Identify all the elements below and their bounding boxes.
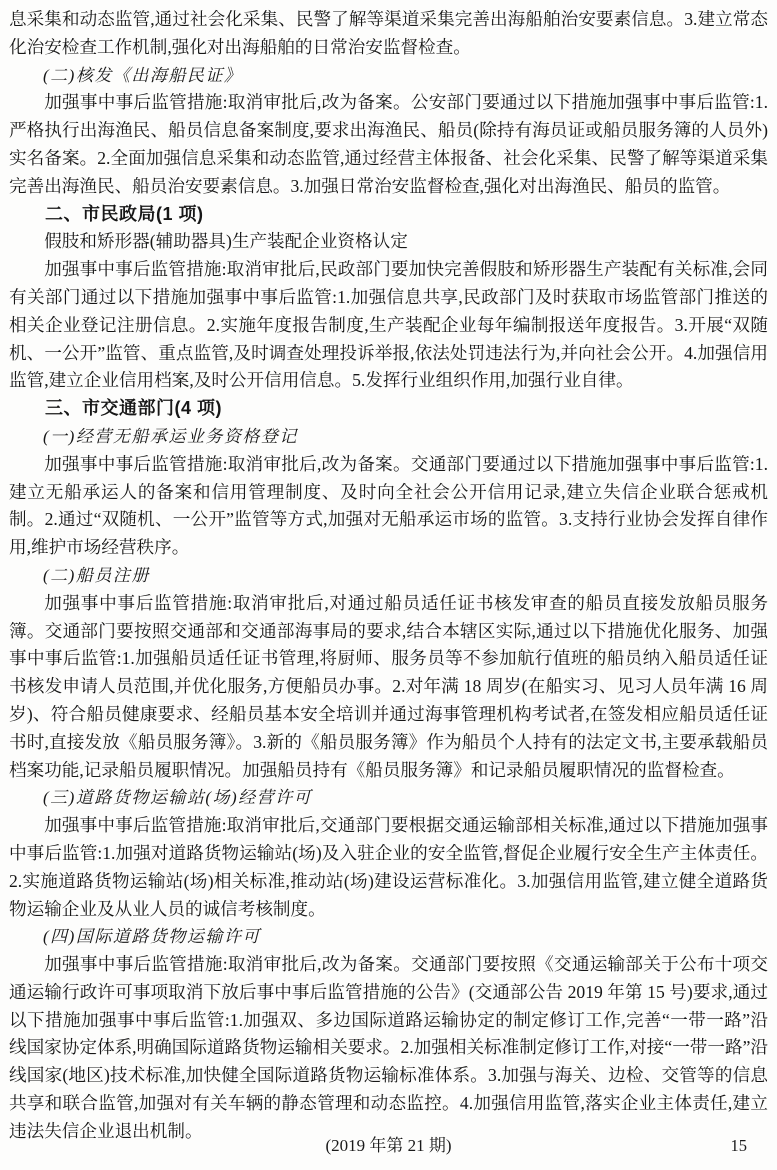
paragraph-kai-heading: (一)经营无船承运业务资格登记 bbox=[9, 423, 768, 451]
paragraph-body: 加强事中事后监管措施:取消审批后,改为备案。交通部门要通过以下措施加强事中事后监… bbox=[9, 451, 768, 562]
page-footer: (2019 年第 21 期) 15 bbox=[0, 1132, 777, 1160]
paragraph-section-heading: 三、市交通部门(4 项) bbox=[9, 395, 768, 423]
paragraph-item-title: 假肢和矫形器(辅助器具)生产装配企业资格认定 bbox=[9, 228, 768, 256]
paragraph-body: 加强事中事后监管措施:取消审批后,改为备案。公安部门要通过以下措施加强事中事后监… bbox=[9, 89, 768, 200]
issue-label: (2019 年第 21 期) bbox=[325, 1136, 451, 1155]
paragraph-body: 加强事中事后监管措施:取消审批后,交通部门要根据交通运输部相关标准,通过以下措施… bbox=[9, 812, 768, 923]
document-page: 息采集和动态监管,通过社会化采集、民警了解等渠道采集完善出海船舶治安要素信息。3… bbox=[0, 0, 777, 1170]
paragraph-body: 加强事中事后监管措施:取消审批后,对通过船员适任证书核发审查的船员直接发放船员服… bbox=[9, 590, 768, 785]
paragraph-body: 加强事中事后监管措施:取消审批后,改为备案。交通部门要按照《交通运输部关于公布十… bbox=[9, 951, 768, 1146]
paragraph-body: 加强事中事后监管措施:取消审批后,民政部门要加快完善假肢和矫形器生产装配有关标准… bbox=[9, 256, 768, 395]
document-content: 息采集和动态监管,通过社会化采集、民警了解等渠道采集完善出海船舶治安要素信息。3… bbox=[0, 0, 777, 1146]
paragraph-kai-heading: (二)船员注册 bbox=[9, 562, 768, 590]
paragraph-body-continuation: 息采集和动态监管,通过社会化采集、民警了解等渠道采集完善出海船舶治安要素信息。3… bbox=[9, 6, 768, 62]
paragraph-kai-heading: (四)国际道路货物运输许可 bbox=[9, 923, 768, 951]
paragraph-kai-heading: (三)道路货物运输站(场)经营许可 bbox=[9, 784, 768, 812]
paragraph-section-heading: 二、市民政局(1 项) bbox=[9, 201, 768, 229]
paragraph-kai-heading: (二)核发《出海船民证》 bbox=[9, 62, 768, 90]
page-number: 15 bbox=[731, 1132, 748, 1160]
